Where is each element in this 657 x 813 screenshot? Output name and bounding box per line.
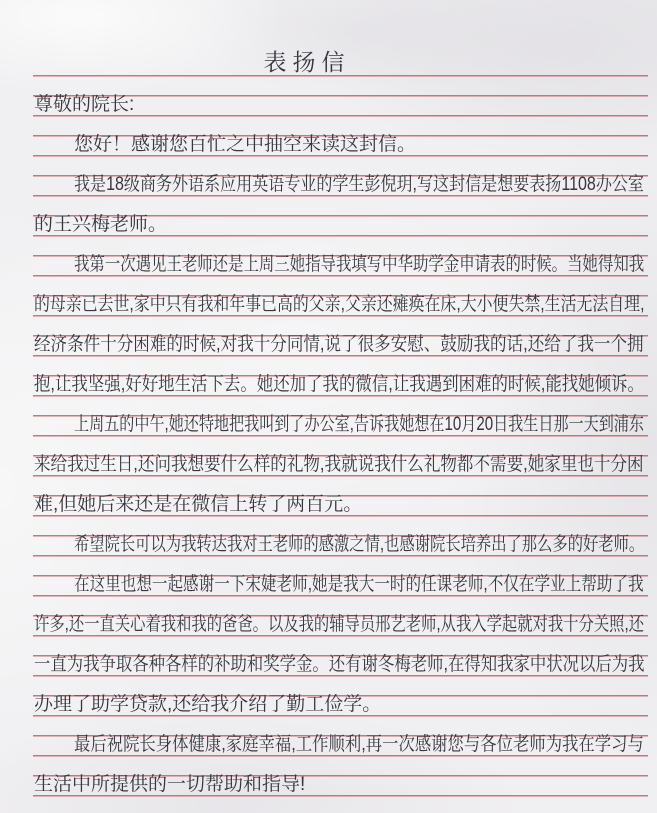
handwritten-line-text: 的王兴梅老师。 [34,215,167,236]
handwritten-line-text: 最后祝院长身体健康,家庭幸福,工作顺利,再一次感谢您与各位老师为我在学习与 [74,735,644,756]
handwritten-line: 的母亲已去世,家中只有我和年事已高的父亲,父亲还瘫痪在床,大小便失禁,生活无法自… [34,284,644,316]
letter-title-text: 表扬信 [264,51,351,76]
handwritten-line: 您好！感谢您百忙之中抽空来读这封信。 [34,124,644,156]
handwritten-line: 在这里也想一起感谢一下宋婕老师,她是我大一时的任课老师,不仅在学业上帮助了我 [34,564,644,596]
handwritten-line: 尊敬的院长: [34,84,644,116]
handwritten-line-text: 我是18级商务外语系应用英语专业的学生彭倪玥,写这封信是想要表扬1108办公室 [74,175,644,196]
handwritten-line: 一直为我争取各种各样的补助和奖学金。还有谢冬梅老师,在得知我家中状况以后为我 [34,644,644,676]
letter-page: 表扬信 尊敬的院长:您好！感谢您百忙之中抽空来读这封信。我是18级商务外语系应用… [0,0,657,813]
handwritten-line-text: 希望院长可以为我转达我对王老师的感激之情,也感谢院长培养出了那么多的好老师。 [74,535,644,556]
handwritten-line: 难,但她后来还是在微信上转了两百元。 [34,484,644,516]
handwritten-line-text: 的母亲已去世,家中只有我和年事已高的父亲,父亲还瘫痪在床,大小便失禁,生活无法自… [34,295,645,316]
handwritten-line: 抱,让我坚强,好好地生活下去。她还加了我的微信,让我遇到困难的时候,能找她倾诉。 [34,364,644,396]
handwritten-line-text: 生活中所提供的一切帮助和指导! [34,775,305,796]
handwritten-line: 希望院长可以为我转达我对王老师的感激之情,也感谢院长培养出了那么多的好老师。 [34,524,644,556]
handwritten-line: 的王兴梅老师。 [34,204,644,236]
handwritten-line: 我是18级商务外语系应用英语专业的学生彭倪玥,写这封信是想要表扬1108办公室 [34,164,644,196]
handwritten-line-text: 尊敬的院长: [34,95,134,116]
handwritten-line-text: 抱,让我坚强,好好地生活下去。她还加了我的微信,让我遇到困难的时候,能找她倾诉。 [34,375,644,396]
handwritten-line-text: 一直为我争取各种各样的补助和奖学金。还有谢冬梅老师,在得知我家中状况以后为我 [34,655,645,676]
handwritten-line-text: 上周五的中午,她还特地把我叫到了办公室,告诉我她想在10月20日我生日那一天到浦… [74,415,644,436]
handwritten-line: 经济条件十分困难的时候,对我十分同情,说了很多安慰、鼓励我的话,还给了我一个拥 [34,324,644,356]
handwritten-line: 上周五的中午,她还特地把我叫到了办公室,告诉我她想在10月20日我生日那一天到浦… [34,404,644,436]
handwritten-line: 生活中所提供的一切帮助和指导! [34,764,644,796]
handwritten-line: 办理了助学贷款,还给我介绍了勤工俭学。 [34,684,644,716]
handwritten-line-text: 在这里也想一起感谢一下宋婕老师,她是我大一时的任课老师,不仅在学业上帮助了我 [74,575,644,596]
handwritten-line: 我第一次遇见王老师还是上周三她指导我填写中华助学金申请表的时候。当她得知我 [34,244,644,276]
handwritten-line-text: 许多,还一直关心着我和我的爸爸。以及我的辅导员邢艺老师,从我入学起就对我十分关照… [34,615,644,636]
letter-title: 表扬信 [2,44,612,76]
handwritten-line: 最后祝院长身体健康,家庭幸福,工作顺利,再一次感谢您与各位老师为我在学习与 [34,724,644,756]
handwritten-line-text: 难,但她后来还是在微信上转了两百元。 [34,495,362,516]
handwritten-line-text: 办理了助学贷款,还给我介绍了勤工俭学。 [34,695,381,716]
handwritten-line-text: 我第一次遇见王老师还是上周三她指导我填写中华助学金申请表的时候。当她得知我 [74,255,644,276]
handwritten-line: 来给我过生日,还问我想要什么样的礼物,我就说我什么礼物都不需要,她家里也十分困 [34,444,644,476]
handwritten-line-text: 经济条件十分困难的时候,对我十分同情,说了很多安慰、鼓励我的话,还给了我一个拥 [34,335,644,356]
handwritten-line: 许多,还一直关心着我和我的爸爸。以及我的辅导员邢艺老师,从我入学起就对我十分关照… [34,604,644,636]
handwritten-line-text: 您好！感谢您百忙之中抽空来读这封信。 [74,135,416,156]
handwritten-line-text: 来给我过生日,还问我想要什么样的礼物,我就说我什么礼物都不需要,她家里也十分困 [34,455,644,476]
